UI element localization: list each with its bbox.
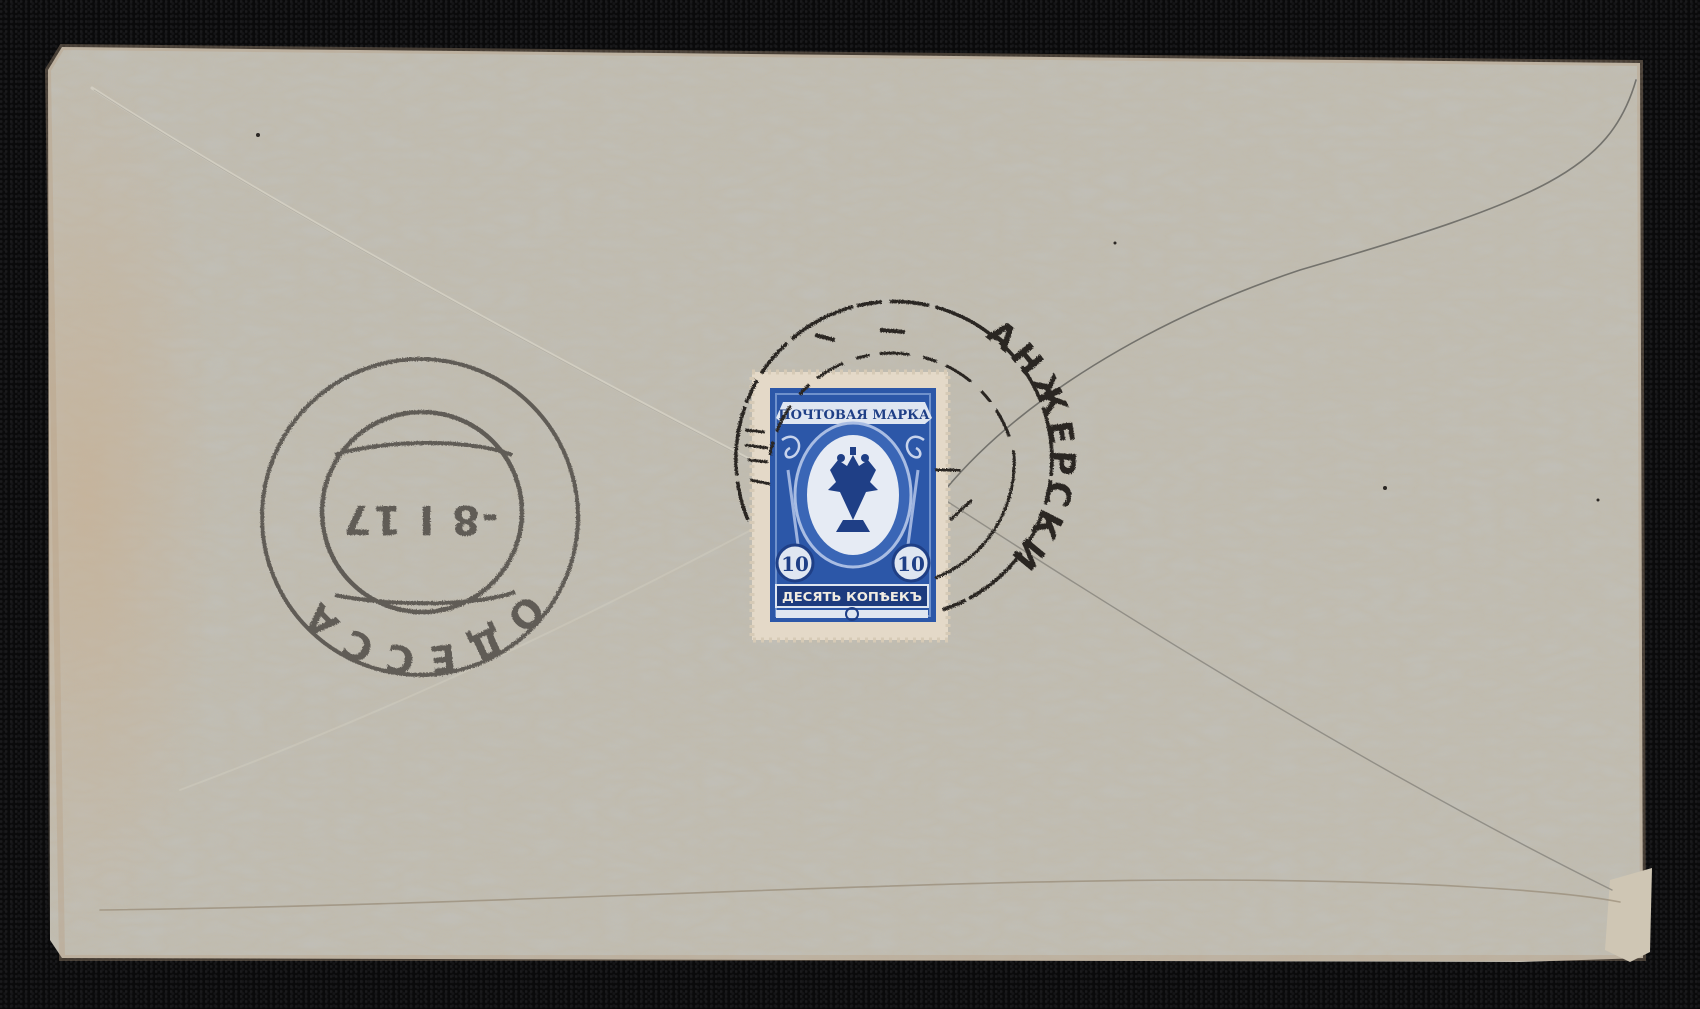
stamp-value-left: 10	[781, 552, 809, 576]
envelope-drawing: -8 I 17 ОДЕССА ПОЧТОВАЯ МАРКА	[0, 0, 1700, 1009]
stamp-header: ПОЧТОВАЯ МАРКА	[778, 408, 930, 423]
envelope-photo: -8 I 17 ОДЕССА ПОЧТОВАЯ МАРКА	[0, 0, 1700, 1009]
stamp-value-right: 10	[897, 552, 925, 576]
stamp-denomination: ДЕСЯТЬ КОПѢЕКЪ	[782, 590, 922, 604]
postmark-left-date: -8 I 17	[342, 496, 499, 542]
stamp: ПОЧТОВАЯ МАРКА 10 10 ДЕСЯТЬ КОПѢ	[752, 372, 948, 640]
